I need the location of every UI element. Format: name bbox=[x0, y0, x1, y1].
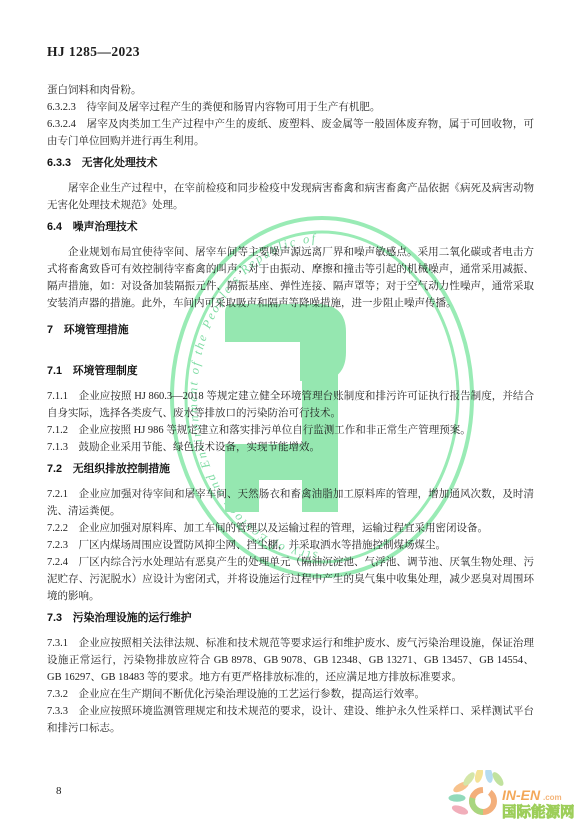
clause-7-3-1: 7.3.1 企业应按照相关法律法规、标准和技术规范等要求运行和维护废水、废气污染… bbox=[47, 635, 534, 686]
in-en-logo: IN-EN .com 国际能源网 bbox=[446, 770, 574, 824]
page-number: 8 bbox=[56, 785, 62, 797]
clause-7-2-2: 7.2.2 企业应加强对原料库、加工车间的管理以及运输过程的管理，运输过程宜采用… bbox=[47, 520, 534, 537]
logo-site-text: IN-EN bbox=[502, 787, 541, 803]
heading-7-2: 7.2 无组织排放控制措施 bbox=[47, 461, 534, 478]
heading-6-4: 6.4 噪声治理技术 bbox=[47, 219, 534, 236]
clause-7-3-3: 7.3.3 企业应按照环境监测管理规定和技术规范的要求，设计、建设、维护永久性采… bbox=[47, 703, 534, 737]
heading-7-3: 7.3 污染治理设施的运行维护 bbox=[47, 610, 534, 627]
clause-6-3-2-4: 6.3.2.4 屠宰及肉类加工生产过程中产生的废纸、废塑料、废金属等一般固体废弃… bbox=[47, 116, 534, 150]
para-6-4: 企业规划布局宜使待宰间、屠宰车间等主要噪声源远离厂界和噪声敏感点。采用二氧化碳或… bbox=[47, 244, 534, 312]
clause-7-3-2: 7.3.2 企业应在生产期间不断优化污染治理设施的工艺运行参数，提高运行效率。 bbox=[47, 686, 534, 703]
logo-swirl-icon bbox=[472, 790, 494, 812]
heading-7-1: 7.1 环境管理制度 bbox=[47, 363, 534, 380]
para-6-3-3: 屠宰企业生产过程中，在宰前检疫和同步检疫中发现病害畜禽和病害畜禽产品依据《病死及… bbox=[47, 180, 534, 214]
clause-7-1-1: 7.1.1 企业应按照 HJ 860.3—2018 等规定建立健全环境管理台账制… bbox=[47, 388, 534, 422]
paragraph-tail: 蛋白饲料和肉骨粉。 bbox=[47, 82, 534, 99]
clause-7-2-4: 7.2.4 厂区内综合污水处理站有恶臭产生的处理单元（隔油沉淀池、气浮池、调节池… bbox=[47, 554, 534, 605]
document-page: stry of Ecology and Environment of the P… bbox=[0, 0, 580, 826]
clause-7-1-3: 7.1.3 鼓励企业采用节能、绿色技术设备，实现节能增效。 bbox=[47, 439, 534, 456]
clause-7-2-3: 7.2.3 厂区内煤场周围应设置防风抑尘网、挡尘棚，并采取洒水等措施控制煤场煤尘… bbox=[47, 537, 534, 554]
document-body: HJ 1285—2023 蛋白饲料和肉骨粉。 6.3.2.3 待宰间及屠宰过程产… bbox=[47, 44, 534, 737]
logo-domain-suffix: .com bbox=[543, 793, 562, 802]
standard-number: HJ 1285—2023 bbox=[47, 44, 534, 60]
clause-6-3-2-3: 6.3.2.3 待宰间及屠宰过程产生的粪便和肠胃内容物可用于生产有机肥。 bbox=[47, 99, 534, 116]
chapter-7-heading: 7 环境管理措施 bbox=[47, 322, 534, 339]
logo-site-name-cn: 国际能源网 bbox=[502, 803, 574, 821]
clause-7-2-1: 7.2.1 企业应加强对待宰间和屠宰车间、天然肠衣和畜禽油脂加工原料库的管理，增… bbox=[47, 486, 534, 520]
heading-6-3-3: 6.3.3 无害化处理技术 bbox=[47, 155, 534, 172]
clause-7-1-2: 7.1.2 企业应按照 HJ 986 等规定建立和落实排污单位自行监测工作和非正… bbox=[47, 422, 534, 439]
